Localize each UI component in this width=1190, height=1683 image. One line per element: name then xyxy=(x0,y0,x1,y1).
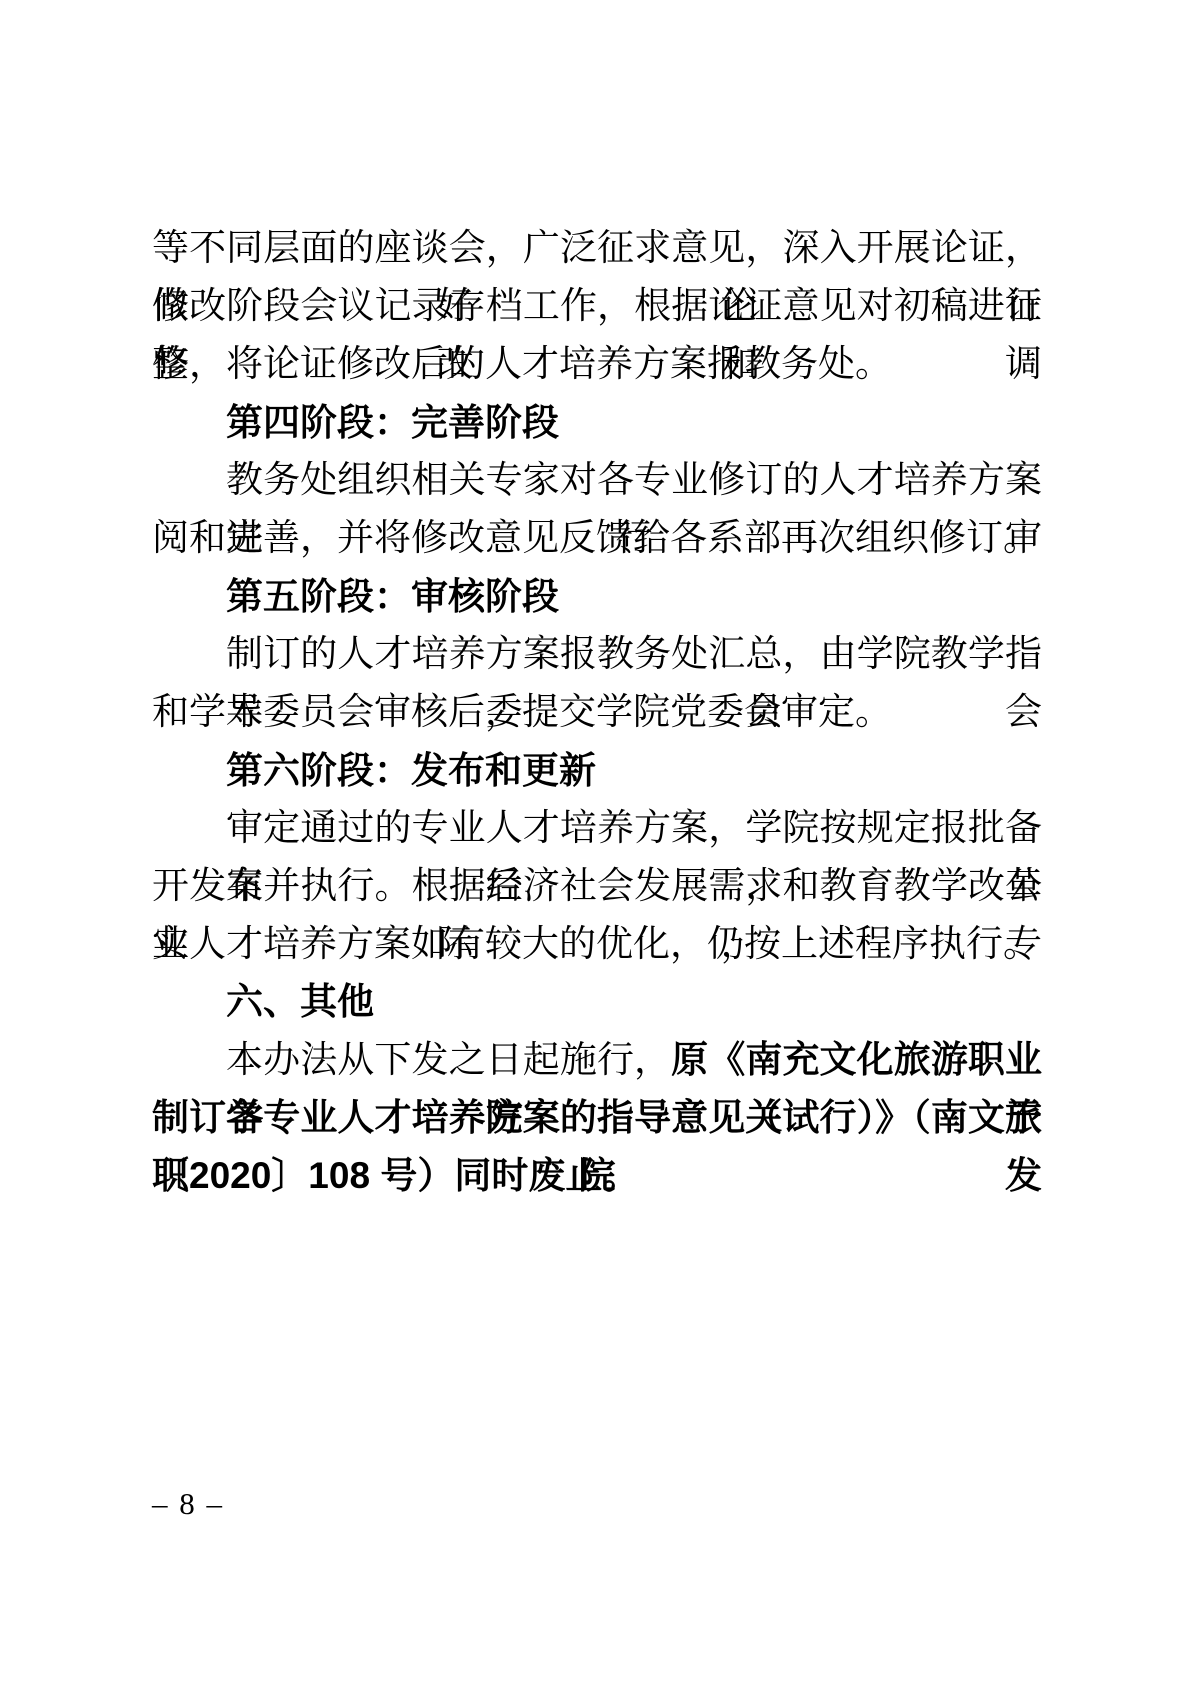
continuation-para-line-1: 等不同层面的座谈会，广泛征求意见，深入开展论证，做好论证 xyxy=(152,219,1042,277)
continuation-para-line-3-text: 整，将论证修改后的人才培养方案报教务处。 xyxy=(152,342,892,385)
stage5-para-line-2-text: 和学术委员会审核后，提交学院党委会审定。 xyxy=(152,690,892,733)
document-body: 等不同层面的座谈会，广泛征求意见，深入开展论证，做好论证修改阶段会议记录存档工作… xyxy=(152,219,1042,1205)
stage6-para-line-3: 业人才培养方案如有较大的优化，仍按上述程序执行。 xyxy=(152,915,1042,973)
section6-other-heading-text: 六、其他 xyxy=(226,981,374,1022)
stage4-heading: 第四阶段：完善阶段 xyxy=(152,393,1042,451)
stage4-para-line-1: 教务处组织相关专家对各专业修订的人才培养方案进行审 xyxy=(152,451,1042,509)
stage6-para-line-3-text: 业人才培养方案如有较大的优化，仍按上述程序执行。 xyxy=(152,922,1040,965)
stage6-para-line-1: 审定通过的专业人才培养方案，学院按规定报批备案后，公 xyxy=(152,799,1042,857)
closing-para-line-1: 本办法从下发之日起施行，原《南充文化旅游职业学院关于 xyxy=(152,1031,1042,1089)
stage5-para-line-1: 制订的人才培养方案报教务处汇总，由学院教学指导委员会 xyxy=(152,625,1042,683)
continuation-para-line-2: 修改阶段会议记录存档工作，根据论证意见对初稿进行修改和调 xyxy=(152,277,1042,335)
page-number: – 8 – xyxy=(152,1486,224,1522)
stage5-heading: 第五阶段：审核阶段 xyxy=(152,567,1042,625)
stage4-heading-text: 第四阶段：完善阶段 xyxy=(226,400,559,444)
stage4-para-line-2: 阅和完善，并将修改意见反馈给各系部再次组织修订。 xyxy=(152,509,1042,567)
closing-para-line-1-text: 本办法从下发之日起施行， xyxy=(226,1038,671,1081)
section6-other-heading: 六、其他 xyxy=(152,973,1042,1031)
closing-para-line-3-text: 〔2020〕108 号）同时废止。 xyxy=(152,1155,639,1196)
stage5-heading-text: 第五阶段：审核阶段 xyxy=(226,574,559,618)
closing-para-line-2: 制订各专业人才培养方案的指导意见（试行）》（南文旅职院发 xyxy=(152,1089,1042,1147)
stage6-para-line-2: 开发布并执行。根据经济社会发展需求和教育教学改革实际，专 xyxy=(152,857,1042,915)
stage6-heading-text: 第六阶段：发布和更新 xyxy=(226,748,596,792)
stage6-heading: 第六阶段：发布和更新 xyxy=(152,741,1042,799)
stage4-para-line-2-text: 阅和完善，并将修改意见反馈给各系部再次组织修订。 xyxy=(152,516,1040,559)
document-page: 等不同层面的座谈会，广泛征求意见，深入开展论证，做好论证修改阶段会议记录存档工作… xyxy=(0,0,1190,1683)
